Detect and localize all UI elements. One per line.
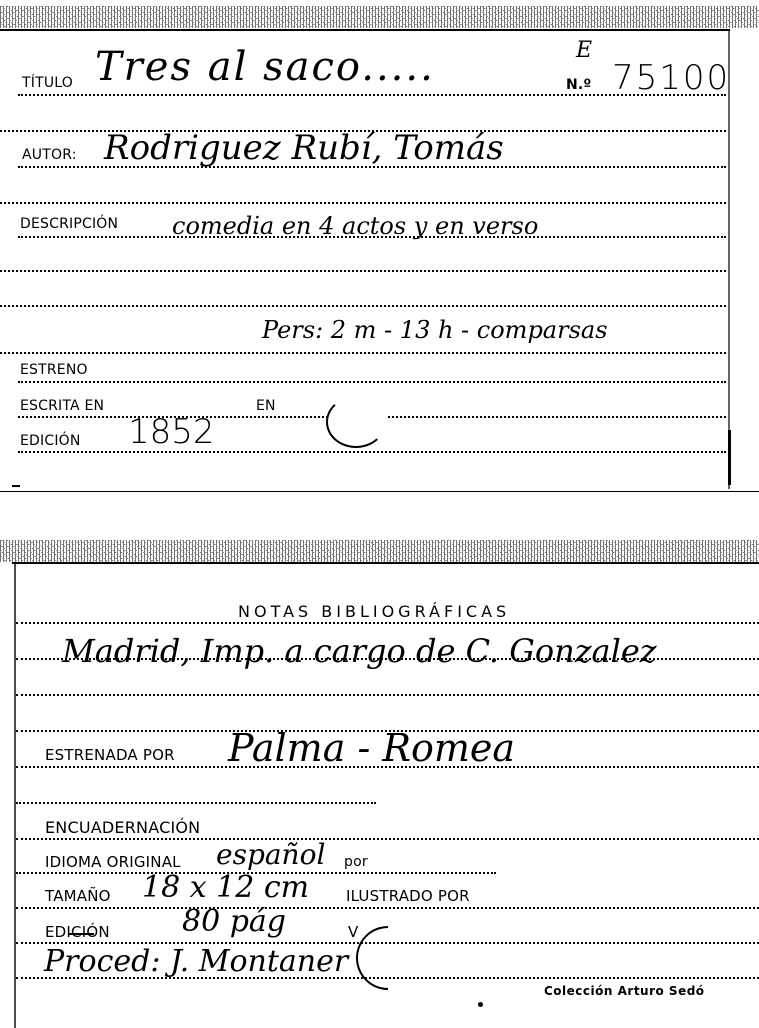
catalog-card-back: NOTAS BIBLIOGRÁFICAS Madrid, Imp. a carg…: [0, 540, 759, 1028]
rule-line: [0, 270, 726, 272]
descripcion-label: DESCRIPCIÓN: [20, 216, 118, 232]
card-bottom-edge: [0, 491, 759, 492]
idioma-por-label: por: [344, 854, 368, 870]
titulo-label: TÍTULO: [22, 75, 73, 91]
strikethrough-mark: [68, 933, 94, 935]
speck: [478, 1002, 483, 1007]
encuadernacion-line: [16, 838, 759, 840]
rule-line: [16, 622, 759, 624]
personajes-value: Pers: 2 m - 13 h - comparsas: [262, 316, 608, 344]
edicion-back-value: 80 pág: [182, 904, 286, 939]
autor-value: Rodriguez Rubí, Tomás: [104, 128, 504, 168]
estreno-label: ESTRENO: [20, 362, 88, 378]
card-right-edge: [728, 29, 730, 489]
catalog-card-front: TÍTULO Tres al saco..... N.º E 75100 AUT…: [0, 0, 759, 492]
estrenada-por-value: Palma - Romea: [228, 726, 515, 770]
rule-line: [16, 694, 759, 696]
escrita-en-line-right: [388, 416, 726, 418]
notes-line: [16, 658, 759, 660]
encuadernacion-label: ENCUADERNACIÓN: [45, 818, 200, 837]
estrenada-por-label: ESTRENADA POR: [45, 746, 175, 764]
scan-noise-band: [0, 540, 759, 562]
numero-label: N.º: [566, 77, 592, 93]
descripcion-value: comedia en 4 actos y en verso: [172, 212, 538, 240]
rule-line: [16, 802, 376, 804]
personajes-line: [0, 352, 726, 354]
edicion-value: 1852: [128, 412, 215, 452]
edicion-line: [18, 451, 726, 453]
rule-line: [0, 305, 726, 307]
tamano-label: TAMAÑO: [45, 887, 111, 905]
escrita-en-label: ESCRITA EN: [20, 398, 104, 414]
procedencia-line: [16, 977, 759, 979]
notes-value: Madrid, Imp. a cargo de C. Gonzalez: [62, 632, 657, 670]
stamp-mark: [326, 396, 386, 448]
collection-footer: Colección Arturo Sedó: [544, 984, 705, 998]
card-top-edge: [12, 562, 759, 564]
card-right-edge-mark: [728, 430, 731, 485]
procedencia-value: Proced: J. Montaner: [44, 944, 348, 979]
tamano-line: [16, 907, 759, 909]
edicion-label: EDICIÓN: [20, 433, 81, 449]
speck: [12, 485, 20, 487]
idioma-original-label: IDIOMA ORIGINAL: [45, 853, 181, 871]
autor-label: AUTOR:: [22, 147, 77, 163]
estreno-line: [18, 381, 726, 383]
card-left-edge: [14, 562, 16, 1028]
scan-noise-band: [0, 6, 759, 28]
tamano-value: 18 x 12 cm: [142, 870, 309, 905]
ilustrado-por-label: ILUSTRADO POR: [346, 887, 470, 905]
idioma-original-value: español: [216, 838, 325, 871]
edicion-back-label: EDICIÓN: [45, 923, 110, 941]
v-label: V: [348, 923, 358, 941]
numero-prefix: E: [576, 38, 592, 63]
estrenada-por-line: [16, 766, 759, 768]
en-label: EN: [256, 398, 276, 414]
titulo-value: Tres al saco.....: [95, 44, 435, 90]
numero-value: 75100: [612, 58, 730, 98]
section-title: NOTAS BIBLIOGRÁFICAS: [238, 602, 510, 621]
rule-line: [0, 202, 726, 204]
card-top-edge: [0, 29, 730, 31]
